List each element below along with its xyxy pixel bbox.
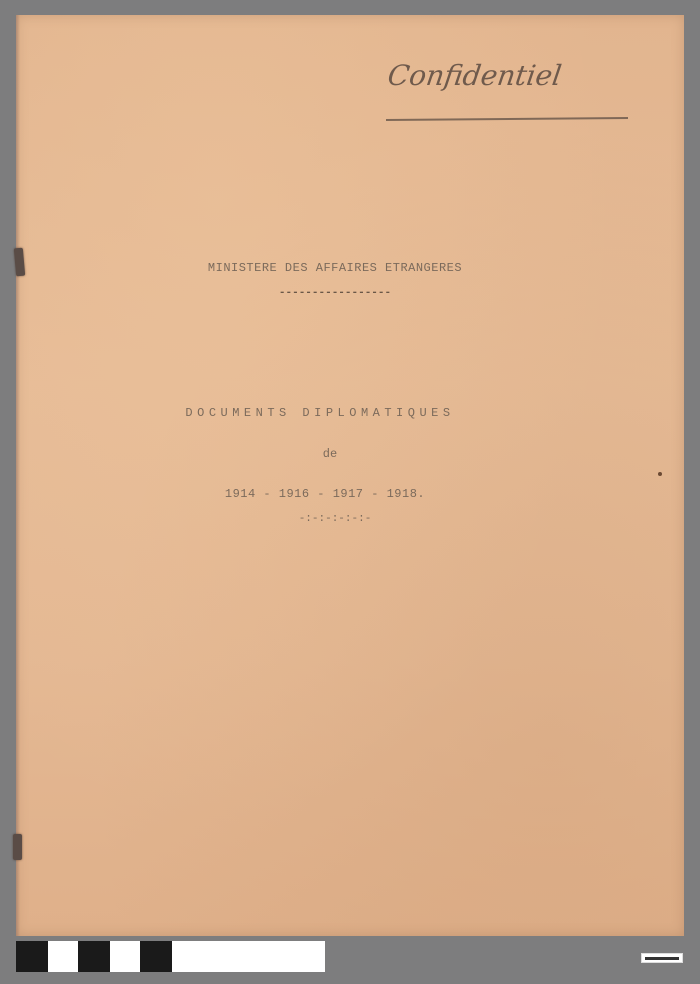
ministry-heading: MINISTERE DES AFFAIRES ETRANGERES — [16, 261, 684, 275]
handwritten-confidential-note: Confidentiel — [386, 59, 564, 92]
page-edge-shadow — [16, 15, 20, 936]
calibration-block-black — [16, 941, 48, 972]
calibration-block-white — [48, 941, 78, 972]
closing-separator: -:-:-:-:-:- — [16, 513, 684, 525]
years-line: 1914 - 1916 - 1917 - 1918. — [16, 487, 684, 501]
calibration-block-white-long — [172, 941, 325, 972]
calibration-bar — [16, 941, 325, 972]
barcode-icon — [645, 957, 679, 960]
document-page: Confidentiel MINISTERE DES AFFAIRES ETRA… — [16, 15, 684, 936]
staple-bottom-icon — [13, 834, 22, 860]
calibration-block-black — [140, 941, 172, 972]
ministry-separator: ----------------- — [16, 287, 684, 299]
paper-stain — [658, 472, 662, 476]
scan-reference-label — [641, 953, 683, 963]
calibration-block-white — [110, 941, 140, 972]
document-title: DOCUMENTS DIPLOMATIQUES — [16, 406, 684, 420]
calibration-block-black — [78, 941, 110, 972]
handwritten-underline — [386, 117, 628, 121]
preposition-text: de — [16, 447, 684, 461]
